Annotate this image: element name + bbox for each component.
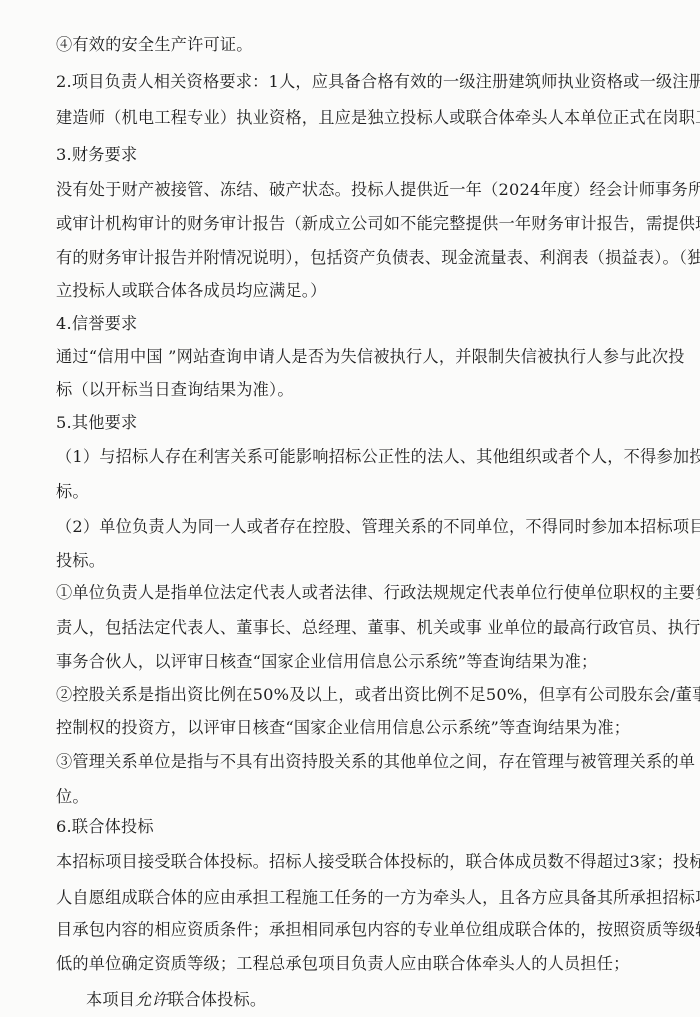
text-line: 或审计机构审计的财务审计报告（新成立公司如不能完整提供一年财务审计报告，需提供现: [56, 214, 650, 234]
text-line: 本招标项目接受联合体投标。招标人接受联合体投标的，联合体成员数不得超过3家；投标: [56, 852, 650, 872]
text-line: 目承包内容的相应资质条件；承担相同承包内容的专业单位组成联合体的，按照资质等级较: [56, 920, 650, 940]
text-line: 立投标人或联合体各成员均应满足。）: [56, 281, 650, 301]
text-line: 通过“信用中国 ”网站查询申请人是否为失信被执行人，并限制失信被执行人参与此次投: [56, 347, 650, 367]
text-line: 没有处于财产被接管、冻结、破产状态。投标人提供近一年（2024年度）经会计师事务…: [56, 180, 650, 200]
section-heading: 3.财务要求: [56, 145, 650, 165]
section-heading: 5.其他要求: [56, 413, 650, 433]
text-line: （2）单位负责人为同一人或者存在控股、管理关系的不同单位，不得同时参加本招标项目: [56, 517, 650, 537]
final-prefix: 本项目: [86, 990, 135, 1009]
text-line: 事务合伙人，以评审日核查“国家企业信用信息公示系统”等查询结果为准；: [56, 652, 650, 672]
text-line: 2.项目负责人相关资格要求：1人，应具备合格有效的一级注册建筑师执业资格或一级注…: [56, 72, 650, 92]
final-statement-line: 本项目允许联合体投标。: [86, 990, 650, 1010]
text-line: 建造师（机电工程专业）执业资格，且应是独立投标人或联合体牵头人本单位正式在岗职工…: [56, 108, 650, 128]
section-heading: 4.信誉要求: [56, 314, 650, 334]
text-line: 标（以开标当日查询结果为准）。: [56, 380, 650, 400]
document-page: ④有效的安全生产许可证。2.项目负责人相关资格要求：1人，应具备合格有效的一级注…: [0, 0, 700, 1017]
section-heading: 6.联合体投标: [56, 817, 650, 837]
text-line: 责人，包括法定代表人、董事长、总经理、董事、机关或事 业单位的最高行政官员、执行: [56, 618, 650, 638]
text-line: ④有效的安全生产许可证。: [56, 35, 650, 55]
text-line: ②控股关系是指出资比例在50%及以上，或者出资比例不足50%，但享有公司股东会/…: [56, 685, 650, 705]
final-emphasis: 允许: [135, 990, 168, 1009]
text-line: 位。: [56, 787, 650, 807]
text-line: 有的财务审计报告并附情况说明），包括资产负债表、现金流量表、利润表（损益表）。（…: [56, 248, 650, 268]
text-line: ③管理关系单位是指与不具有出资持股关系的其他单位之间，存在管理与被管理关系的单: [56, 752, 650, 772]
text-line: 低的单位确定资质等级；工程总承包项目负责人应由联合体牵头人的人员担任；: [56, 954, 650, 974]
final-suffix: 联合体投标。: [168, 990, 266, 1009]
text-line: ①单位负责人是指单位法定代表人或者法律、行政法规规定代表单位行使单位职权的主要负: [56, 583, 650, 603]
text-line: 标。: [56, 482, 650, 502]
text-line: 投标。: [56, 551, 650, 571]
text-line: 控制权的投资方，以评审日核查“国家企业信用信息公示系统”等查询结果为准；: [56, 718, 650, 738]
text-line: （1）与招标人存在利害关系可能影响招标公正性的法人、其他组织或者个人，不得参加投: [56, 447, 650, 467]
text-line: 人自愿组成联合体的应由承担工程施工任务的一方为牵头人，且各方应具备其所承担招标项: [56, 888, 650, 908]
